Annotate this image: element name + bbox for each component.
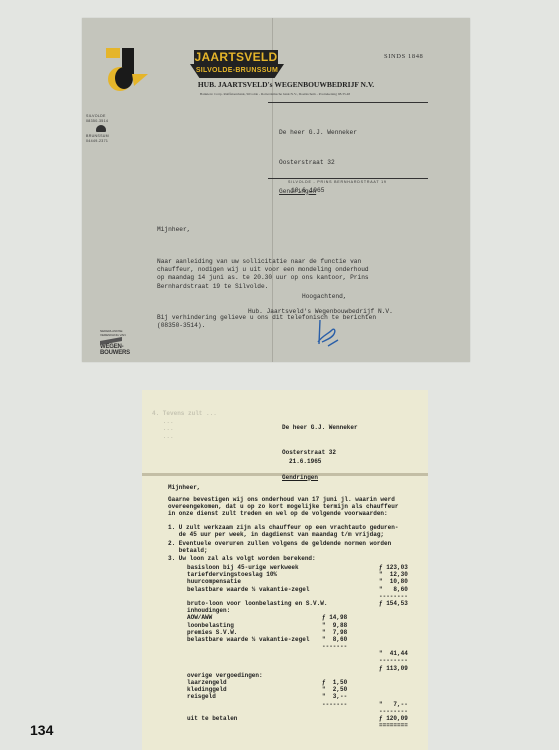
company-logo-icon <box>104 46 148 92</box>
total-amount: " 12,30 <box>379 571 419 578</box>
brand-place: SILVOLDE-BRUNSSUM <box>190 64 284 78</box>
salary-table: basisloon bij 45-urige werkweekƒ 123,03t… <box>187 564 417 729</box>
salary-label: basisloon bij 45-urige werkweek <box>187 564 299 571</box>
condition-item: 2. Eventuele overuren zullen volgens de … <box>168 540 391 554</box>
signature-icon <box>314 318 344 350</box>
deduction-amount: " 7,98 <box>322 629 372 636</box>
association-logo: NEDERLANDSE VERENIGING VAN WEGEN- BOUWER… <box>100 330 134 368</box>
bank-details: Bankiers: Coöp. Raiffeisenbank, Silvolde… <box>140 92 410 96</box>
total-amount: " 10,80 <box>379 578 419 585</box>
salary-row: inhoudingen: <box>187 607 417 614</box>
address-line: Oosterstraat 32 <box>279 159 357 167</box>
phone-number: 08350-3514 <box>86 119 126 124</box>
condition-item: 1. U zult werkzaam zijn als chauffeur op… <box>168 524 398 538</box>
salary-row: basisloon bij 45-urige werkweekƒ 123,03 <box>187 564 417 571</box>
address-line: De heer G.J. Wenneker <box>279 129 357 137</box>
salary-row: " 41,44 <box>187 650 417 657</box>
salary-label: uit te betalen <box>187 715 237 722</box>
salary-label: premies S.V.W. <box>187 629 237 636</box>
phone-number: 04449-2371 <box>86 139 126 144</box>
salary-row: laarzengeldƒ 1,50 <box>187 679 417 686</box>
paragraph: Naar aanleiding van uw sollicitatie naar… <box>157 258 376 291</box>
salary-row: tariefdervingstoeslag 10%" 12,30 <box>187 571 417 578</box>
total-amount: " 41,44 <box>379 650 419 657</box>
letter-date: 21.6.1965 <box>289 458 321 465</box>
total-amount: -------- <box>379 657 419 664</box>
invitation-letter: JAARTSVELD SILVOLDE-BRUNSSUM SINDS 1848 … <box>82 18 470 362</box>
total-amount: " 7,-- <box>379 701 419 708</box>
salary-label: inhoudingen: <box>187 607 230 614</box>
deduction-amount: ƒ 14,98 <box>322 614 372 621</box>
phone-block: SILVOLDE 08350-3514 BRUNSSUM 04449-2371 <box>86 114 126 143</box>
intro-paragraph: Gaarne bevestigen wij ons onderhoud van … <box>168 496 398 518</box>
salutation: Mijnheer, <box>157 226 376 234</box>
salary-label: overige vergoedingen: <box>187 672 263 679</box>
salary-row: loonbelasting" 9,88 <box>187 622 417 629</box>
salary-row: ------- <box>187 643 417 650</box>
letter-date: 10.6.1965 <box>291 187 324 195</box>
divider <box>268 102 428 103</box>
association-name: WEGEN- BOUWERS <box>100 345 134 356</box>
salary-label: AOW/AWW <box>187 614 212 621</box>
salary-label: belastbare waarde ½ vakantie-zegel <box>187 586 309 593</box>
address-line: Gendringen <box>282 474 358 481</box>
salary-row: huurcompensatie" 10,80 <box>187 578 417 585</box>
deduction-amount: ------- <box>322 643 372 650</box>
total-amount: ƒ 154,53 <box>379 600 419 607</box>
association-top: NEDERLANDSE VERENIGING VAN <box>100 330 134 337</box>
salary-label: huurcompensatie <box>187 578 241 585</box>
bleed-through-text: 4. Tevens zult ... ... ... ... <box>152 410 217 440</box>
salary-row: reisgeld" 3,-- <box>187 693 417 700</box>
total-amount: -------- <box>379 593 419 600</box>
signature-company: Hub. Jaartsveld's Wegenbouwbedrijf N.V. <box>248 308 393 316</box>
total-amount: ======== <box>379 722 419 729</box>
salary-label: tariefdervingstoeslag 10% <box>187 571 277 578</box>
deduction-amount: " 9,88 <box>322 622 372 629</box>
salary-row: uit te betalenƒ 120,09 <box>187 715 417 722</box>
salary-row: -------- <box>187 708 417 715</box>
salary-label: loonbelasting <box>187 622 234 629</box>
salary-row: overige vergoedingen: <box>187 672 417 679</box>
salary-row: ƒ 113,09 <box>187 665 417 672</box>
recipient-address: De heer G.J. Wenneker Oosterstraat 32 Ge… <box>279 113 357 217</box>
recipient-address: De heer G.J. Wenneker Oosterstraat 32 Ge… <box>282 410 358 498</box>
deduction-amount: " 3,-- <box>322 693 372 700</box>
closing: Hoogachtend, <box>302 293 347 301</box>
salary-label: bruto-loon voor loonbelasting en S.V.W. <box>187 600 327 607</box>
salary-row: ======== <box>187 722 417 729</box>
total-amount: ƒ 120,09 <box>379 715 419 722</box>
salary-row: -------" 7,-- <box>187 701 417 708</box>
salary-row: AOW/AWWƒ 14,98 <box>187 614 417 621</box>
salary-label: belastbare waarde ½ vakantie-zegel <box>187 636 309 643</box>
total-amount: -------- <box>379 708 419 715</box>
divider <box>268 178 428 179</box>
total-amount: ƒ 123,03 <box>379 564 419 571</box>
salary-row: -------- <box>187 593 417 600</box>
deduction-amount: ƒ 1,50 <box>322 679 372 686</box>
since-text: SINDS 1848 <box>384 53 423 60</box>
salary-row: kledinggeld" 2,50 <box>187 686 417 693</box>
total-amount: " 8,60 <box>379 586 419 593</box>
total-amount: ƒ 113,09 <box>379 665 419 672</box>
salary-row: -------- <box>187 657 417 664</box>
sender-address: SILVOLDE - PRINS BERNHARDSTRAAT 19 <box>288 180 387 184</box>
deduction-amount: " 2,50 <box>322 686 372 693</box>
deduction-amount: ------- <box>322 701 372 708</box>
page-number: 134 <box>30 722 53 738</box>
address-line: De heer G.J. Wenneker <box>282 424 358 431</box>
salary-row: premies S.V.W." 7,98 <box>187 629 417 636</box>
condition-item: 3. Uw loon zal als volgt worden berekend… <box>168 555 316 562</box>
confirmation-letter: 4. Tevens zult ... ... ... ... De heer G… <box>142 390 428 750</box>
deduction-amount: " 8,60 <box>322 636 372 643</box>
salary-label: laarzengeld <box>187 679 227 686</box>
brand-name: JAARTSVELD <box>194 50 278 64</box>
brand-banner: JAARTSVELD SILVOLDE-BRUNSSUM <box>190 50 296 80</box>
company-name: HUB. JAARTSVELD's WEGENBOUWBEDRIJF N.V. <box>186 80 386 89</box>
address-line: Oosterstraat 32 <box>282 449 358 456</box>
salary-row: belastbare waarde ½ vakantie-zegel" 8,60 <box>187 586 417 593</box>
salary-row: belastbare waarde ½ vakantie-zegel" 8,60 <box>187 636 417 643</box>
salary-row: bruto-loon voor loonbelasting en S.V.W.ƒ… <box>187 600 417 607</box>
salary-label: kledinggeld <box>187 686 227 693</box>
salary-label: reisgeld <box>187 693 216 700</box>
telephone-icon <box>96 125 106 132</box>
salutation: Mijnheer, <box>168 484 200 491</box>
